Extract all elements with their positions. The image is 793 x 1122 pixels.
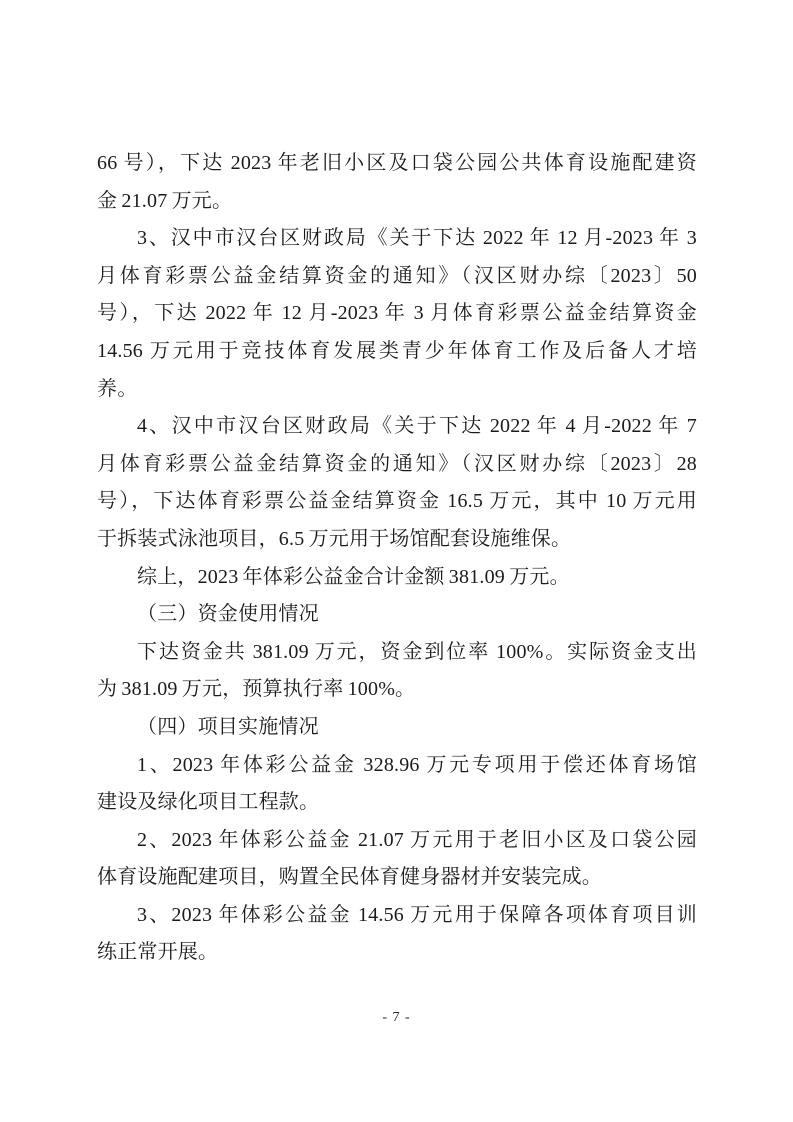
text-line: 3、2023 年体彩公益金 14.56 万元用于保障各项体育项目训: [97, 897, 697, 935]
text-line: 月体育彩票公益金结算资金的通知》（汉区财办综〔2023〕28: [97, 446, 697, 484]
text-line: 66 号），下达 2023 年老旧小区及口袋公园公共体育设施配建资: [97, 145, 697, 183]
text-line: 建设及绿化项目工程款。: [97, 784, 697, 822]
text-line: 14.56 万元用于竞技体育发展类青少年体育工作及后备人才培: [97, 333, 697, 371]
document-page: 66 号），下达 2023 年老旧小区及口袋公园公共体育设施配建资金 21.07…: [0, 0, 793, 1122]
text-line: 月体育彩票公益金结算资金的通知》（汉区财办综〔2023〕50: [97, 258, 697, 296]
text-line: 3、汉中市汉台区财政局《关于下达 2022 年 12 月-2023 年 3: [97, 220, 697, 258]
page-number: - 7 -: [0, 1008, 793, 1028]
text-line: 号），下达体育彩票公益金结算资金 16.5 万元，其中 10 万元用: [97, 483, 697, 521]
text-line: 体育设施配建项目，购置全民体育健身器材并安装完成。: [97, 859, 697, 897]
text-line: （四）项目实施情况: [97, 709, 697, 747]
text-line: 2、2023 年体彩公益金 21.07 万元用于老旧小区及口袋公园: [97, 822, 697, 860]
text-line: （三）资金使用情况: [97, 596, 697, 634]
text-line: 为 381.09 万元，预算执行率 100%。: [97, 671, 697, 709]
document-body: 66 号），下达 2023 年老旧小区及口袋公园公共体育设施配建资金 21.07…: [97, 145, 697, 972]
text-line: 练正常开展。: [97, 934, 697, 972]
text-line: 于拆装式泳池项目，6.5 万元用于场馆配套设施维保。: [97, 521, 697, 559]
text-line: 综上，2023 年体彩公益金合计金额 381.09 万元。: [97, 559, 697, 597]
text-line: 4、汉中市汉台区财政局《关于下达 2022 年 4 月-2022 年 7: [97, 408, 697, 446]
text-line: 下达资金共 381.09 万元，资金到位率 100%。实际资金支出: [97, 634, 697, 672]
text-line: 1、2023 年体彩公益金 328.96 万元专项用于偿还体育场馆: [97, 747, 697, 785]
text-line: 号），下达 2022 年 12 月-2023 年 3 月体育彩票公益金结算资金: [97, 295, 697, 333]
text-line: 金 21.07 万元。: [97, 183, 697, 221]
text-line: 养。: [97, 371, 697, 409]
